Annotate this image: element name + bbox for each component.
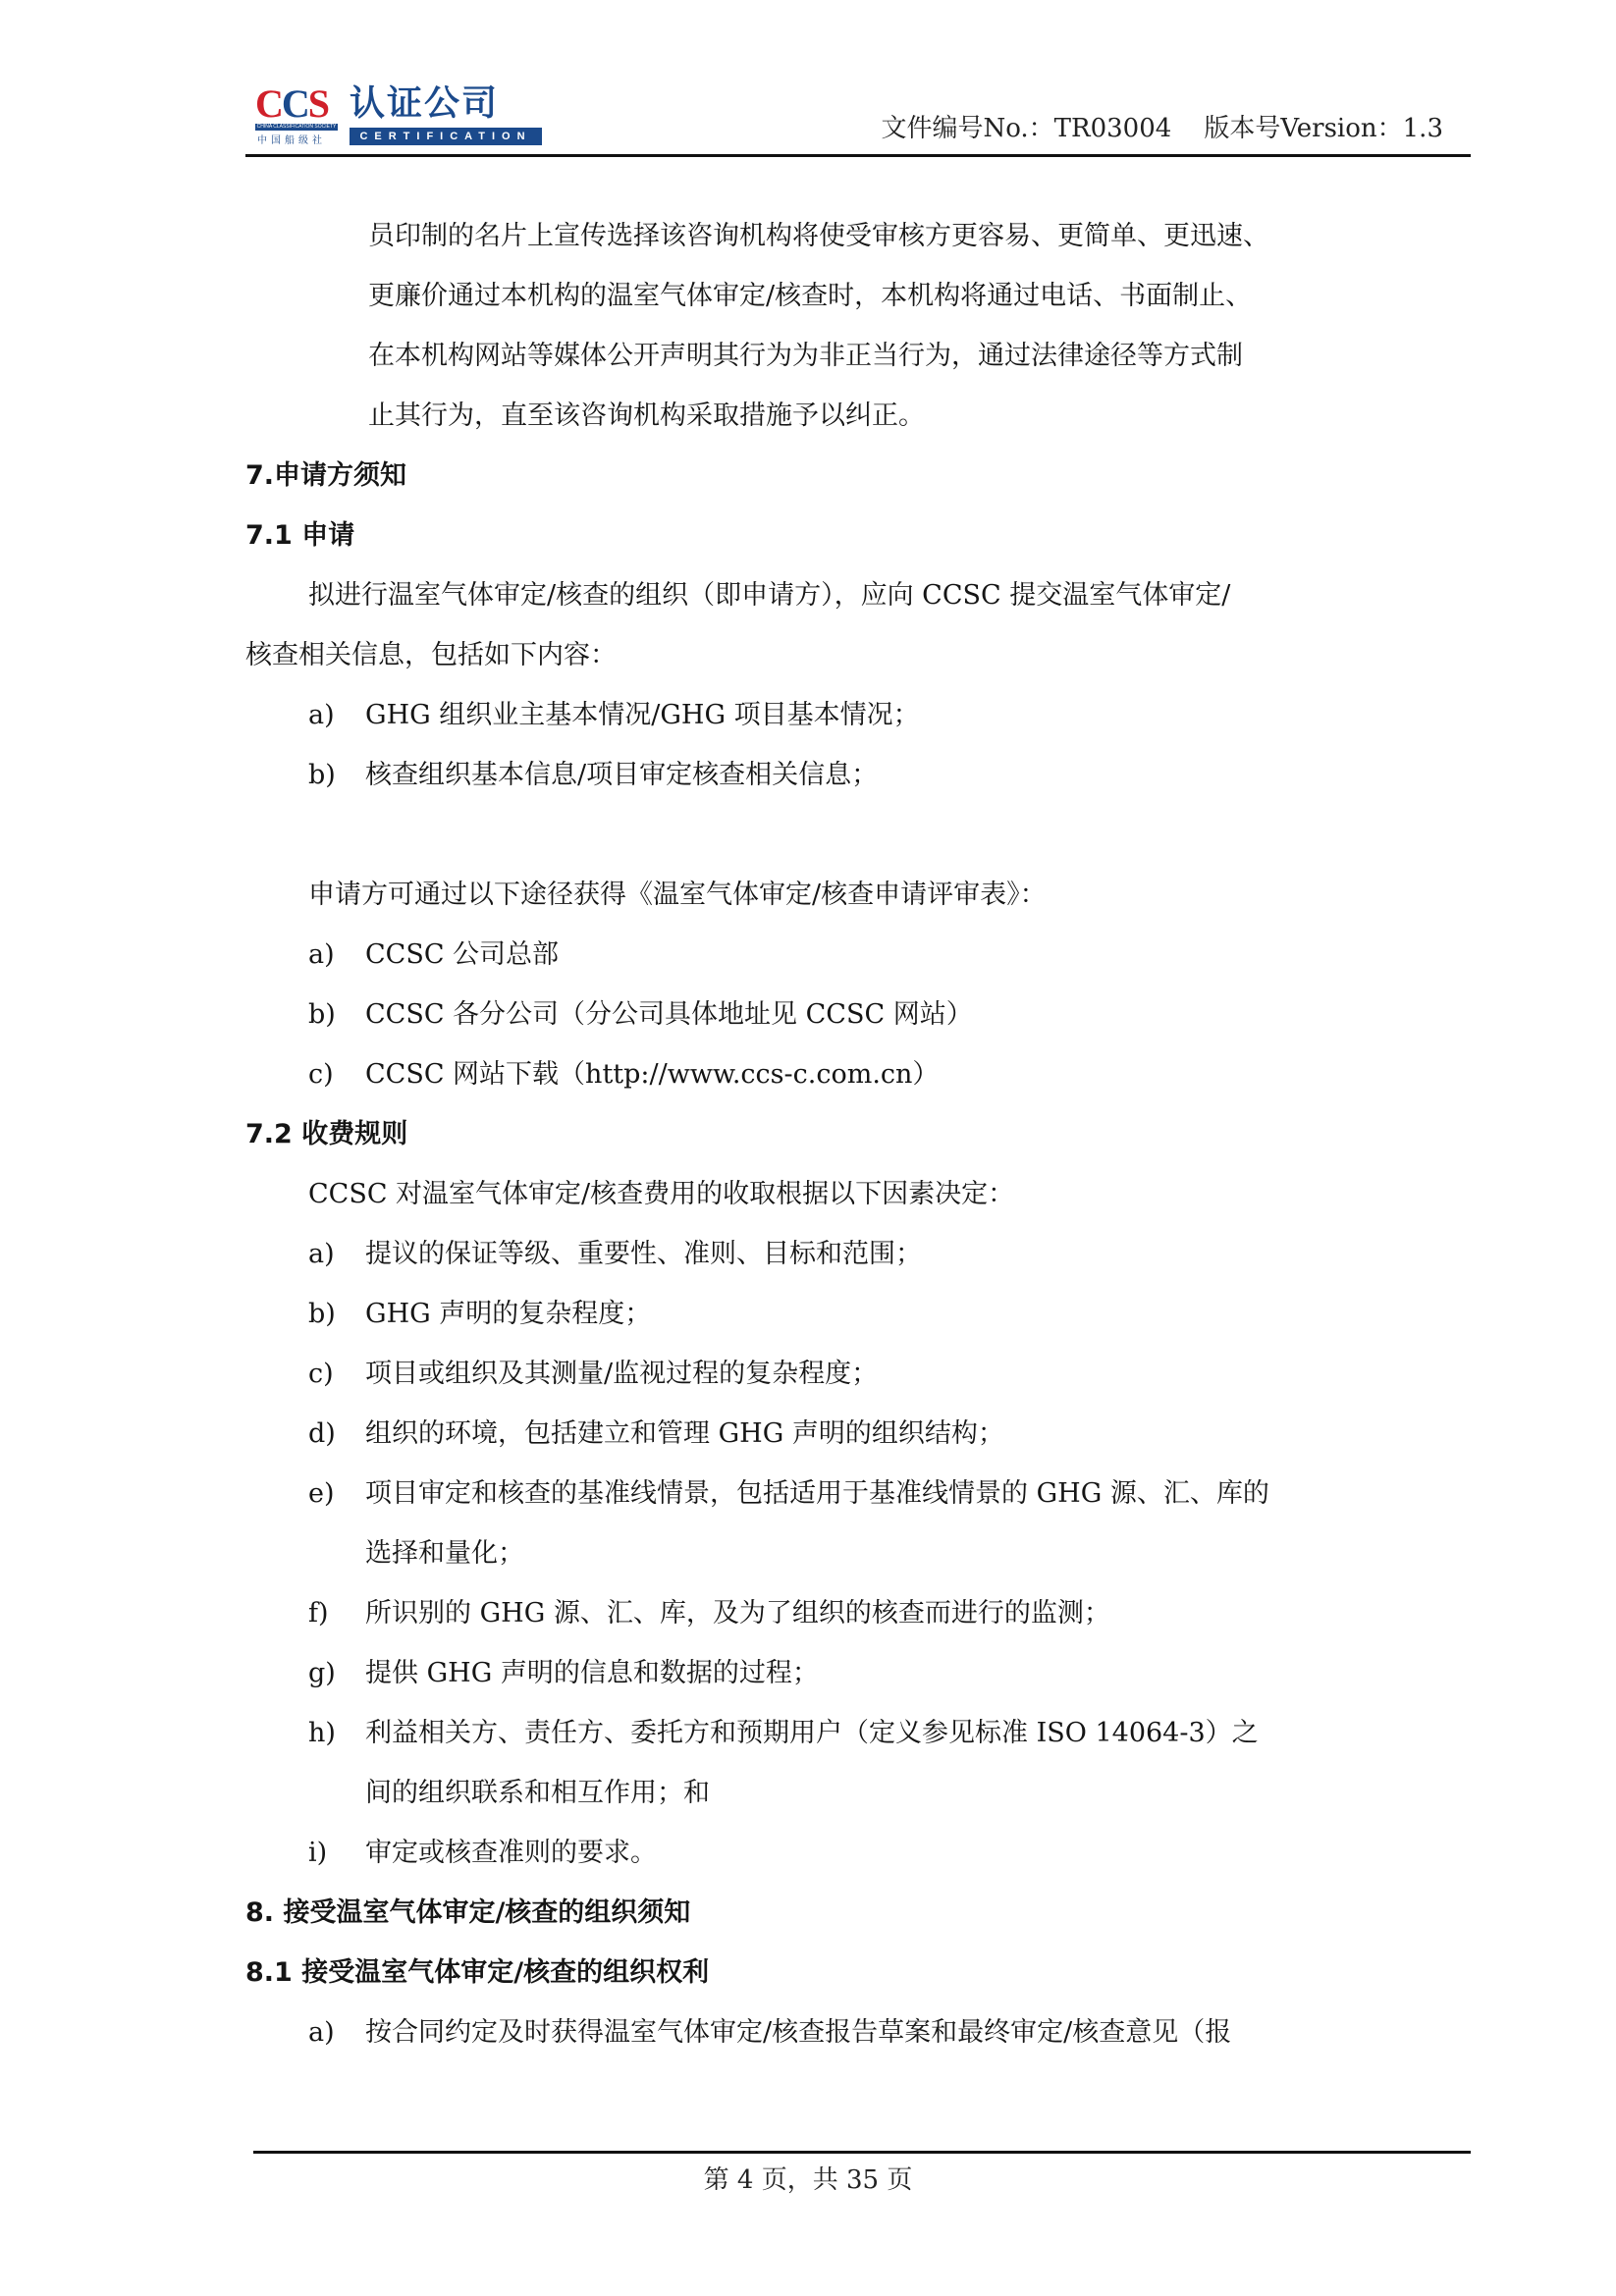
list-item-label: i) [308, 1823, 365, 1883]
text-line: CCSC 对温室气体审定/核查费用的收取根据以下因素决定： [245, 1164, 1463, 1224]
text-line: 员印制的名片上宣传选择该咨询机构将使受审核方更容易、更简单、更迅速、 [245, 206, 1463, 266]
list-item: a)CCSC 公司总部 [245, 925, 1463, 985]
list-item-text: CCSC 公司总部 [365, 939, 559, 970]
logo-ccs-wordmark: CCS [255, 84, 328, 124]
text-line: 止其行为，直至该咨询机构采取措施予以纠正。 [245, 386, 1463, 446]
list-item-continuation: 选择和量化； [245, 1523, 1463, 1583]
section-7-heading: 7.申请方须知 [245, 446, 1463, 506]
list-item: e)项目审定和核查的基准线情景，包括适用于基准线情景的 GHG 源、汇、库的 [245, 1464, 1463, 1523]
list-item-continuation: 间的组织联系和相互作用；和 [245, 1763, 1463, 1823]
list-item-label: b) [308, 745, 365, 805]
document-body: 员印制的名片上宣传选择该咨询机构将使受审核方更容易、更简单、更迅速、 更廉价通过… [245, 206, 1463, 2062]
doc-number-label: 文件编号No.： [881, 114, 1053, 143]
footer-divider [253, 2151, 1471, 2154]
section-7-1-heading: 7.1 申请 [245, 506, 1463, 565]
list-item: h)利益相关方、责任方、委托方和预期用户（定义参见标准 ISO 14064-3）… [245, 1703, 1463, 1763]
intro-paragraph: 员印制的名片上宣传选择该咨询机构将使受审核方更容易、更简单、更迅速、 更廉价通过… [245, 206, 1463, 446]
list-item-label: d) [308, 1404, 365, 1464]
text-line: 拟进行温室气体审定/核查的组织（即申请方），应向 CCSC 提交温室气体审定/ [245, 565, 1463, 625]
logo-certification: CERTIFICATION [350, 128, 542, 145]
version-label: 版本号Version： [1204, 114, 1402, 143]
list-item-label: f) [308, 1583, 365, 1643]
list-item: c)项目或组织及其测量/监视过程的复杂程度； [245, 1344, 1463, 1404]
list-item: a)GHG 组织业主基本情况/GHG 项目基本情况； [245, 685, 1463, 745]
list-item-label: h) [308, 1703, 365, 1763]
list-item-text: GHG 组织业主基本情况/GHG 项目基本情况； [365, 700, 920, 730]
list-item-label: b) [308, 985, 365, 1044]
list-item-label: a) [308, 2002, 365, 2062]
page-number: 第 4 页，共 35 页 [0, 2160, 1616, 2196]
page-header: CCS CHINA CLASSIFICATION SOCIETY 中国船级社 认… [245, 79, 1473, 157]
text-line: 申请方可通过以下途径获得《温室气体审定/核查申请评审表》： [245, 865, 1463, 925]
logo-society-en: CHINA CLASSIFICATION SOCIETY [255, 124, 338, 131]
list-item: c)CCSC 网站下载（http://www.ccs-c.com.cn） [245, 1044, 1463, 1104]
text-line: 更廉价通过本机构的温室气体审定/核查时，本机构将通过电话、书面制止、 [245, 266, 1463, 326]
logo-company-cn: 认证公司 [350, 84, 499, 124]
version-number: 1.3 [1403, 114, 1443, 143]
list-item: a)提议的保证等级、重要性、准则、目标和范围； [245, 1224, 1463, 1284]
list-item-text: 提供 GHG 声明的信息和数据的过程； [365, 1658, 819, 1688]
list-item-text: 项目审定和核查的基准线情景，包括适用于基准线情景的 GHG 源、汇、库的 [365, 1478, 1269, 1509]
list-item-text: 提议的保证等级、重要性、准则、目标和范围； [365, 1239, 922, 1269]
list-item-text: 按合同约定及时获得温室气体审定/核查报告草案和最终审定/核查意见（报 [365, 2017, 1231, 2048]
ccs-certification-logo: CCS CHINA CLASSIFICATION SOCIETY 中国船级社 认… [255, 84, 545, 147]
header-divider [245, 154, 1471, 157]
section-8-1-heading: 8.1 接受温室气体审定/核查的组织权利 [245, 1943, 1463, 2002]
list-item: d)组织的环境，包括建立和管理 GHG 声明的组织结构； [245, 1404, 1463, 1464]
list-item-label: b) [308, 1284, 365, 1344]
logo-society-cn: 中国船级社 [257, 132, 326, 146]
blank-line [245, 805, 1463, 865]
text-line: 在本机构网站等媒体公开声明其行为为非正当行为，通过法律途径等方式制 [245, 326, 1463, 386]
list-item: b)CCSC 各分公司（分公司具体地址见 CCSC 网站） [245, 985, 1463, 1044]
list-item-label: a) [308, 925, 365, 985]
document-meta: 文件编号No.：TR03004 版本号Version：1.3 [881, 108, 1443, 144]
text-line: 核查相关信息，包括如下内容： [245, 625, 1463, 685]
list-item-label: e) [308, 1464, 365, 1523]
list-item: f)所识别的 GHG 源、汇、库，及为了组织的核查而进行的监测； [245, 1583, 1463, 1643]
list-item: g)提供 GHG 声明的信息和数据的过程； [245, 1643, 1463, 1703]
list-item-text: GHG 声明的复杂程度； [365, 1299, 651, 1329]
list-item-text: CCSC 各分公司（分公司具体地址见 CCSC 网站） [365, 999, 973, 1030]
list-item: a)按合同约定及时获得温室气体审定/核查报告草案和最终审定/核查意见（报 [245, 2002, 1463, 2062]
section-7-2-heading: 7.2 收费规则 [245, 1104, 1463, 1164]
list-item-label: c) [308, 1044, 365, 1104]
website-link-text: CCSC 网站下载（http://www.ccs-c.com.cn） [365, 1059, 939, 1090]
list-item-label: a) [308, 1224, 365, 1284]
list-item: b)核查组织基本信息/项目审定核查相关信息； [245, 745, 1463, 805]
list-item-text: 审定或核查准则的要求。 [365, 1838, 657, 1868]
list-item-text: 项目或组织及其测量/监视过程的复杂程度； [365, 1359, 878, 1389]
doc-number: TR03004 [1054, 114, 1172, 143]
list-item-label: a) [308, 685, 365, 745]
list-item-label: g) [308, 1643, 365, 1703]
section-8-heading: 8. 接受温室气体审定/核查的组织须知 [245, 1883, 1463, 1943]
list-item-text: 组织的环境，包括建立和管理 GHG 声明的组织结构； [365, 1418, 1004, 1449]
list-item-text: 利益相关方、责任方、委托方和预期用户（定义参见标准 ISO 14064-3）之 [365, 1718, 1259, 1748]
list-item-text: 核查组织基本信息/项目审定核查相关信息； [365, 760, 878, 790]
list-item: b)GHG 声明的复杂程度； [245, 1284, 1463, 1344]
list-item: i)审定或核查准则的要求。 [245, 1823, 1463, 1883]
list-item-text: 所识别的 GHG 源、汇、库，及为了组织的核查而进行的监测； [365, 1598, 1110, 1629]
list-item-label: c) [308, 1344, 365, 1404]
